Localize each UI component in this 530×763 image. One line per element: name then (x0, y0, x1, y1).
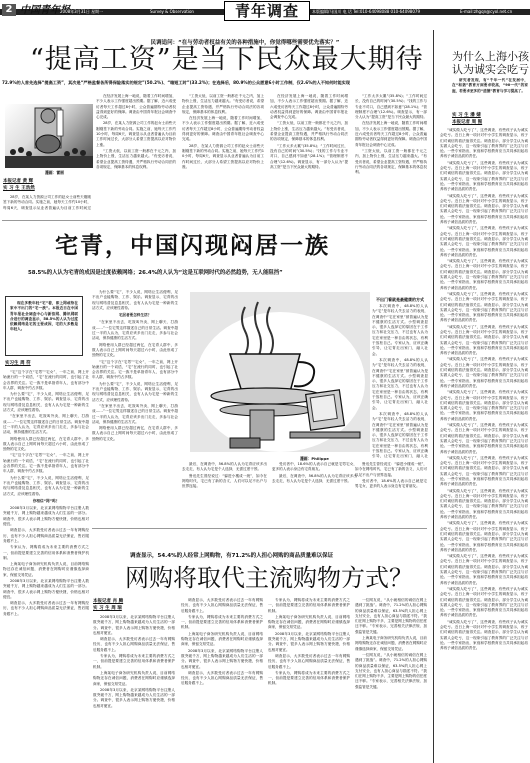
article1-illustration (5, 104, 93, 168)
sidebar-body: “诚实做人吃亏了”，这些调查、有些孩子认为诚实会吃亏。近日上海一项针对中小学生的… (440, 128, 528, 760)
article2-column-1: “宅”这个字在“宅男”“宅女”，一年之前，网上开始流行的一个词语，“宅”在流行的… (3, 370, 89, 760)
article1-column-1: 28岁，在某人力资源公司工作的赵女士前些天刚刚签下新的劳动合同。实施之前，她每天… (3, 195, 91, 210)
article2-byline: 实习生 周 符 (5, 360, 31, 367)
byline-reporter: 本报记者 黄 辉 (3, 178, 93, 185)
article3-kicker: 调查显示，54.4%的人经常上网购物，有71.2%的人担心网购的商品质量难以保证 (130, 551, 333, 559)
article1-column-4: 在经济发展上海一地说，随着工作时间增加，不少人表示工作强度超出预期。据了解，近六… (270, 94, 348, 212)
article2-deck: 58.5%的人认为宅青的成因是过度依赖网络；26.4%的人认为“这是互联网时代的… (28, 268, 283, 276)
sidebar-headline: 为什么上海小孩认为诚实会吃亏 (452, 50, 530, 76)
article1-column-2: 在经济发展上海一地说，随着工作时间增加，不少人表示工作强度超出预期。据了解，近六… (96, 94, 176, 212)
article2-subhead: 宅居者要怎样生活？ (92, 313, 178, 318)
section-divider (2, 220, 427, 221)
editor-info: 本版编辑/马国川 电 话 Tel:010-64098088 010-640980… (312, 9, 420, 15)
editor-note-box: 现在多数年轻“宅”着，即上网或待在家中不出门的“宅一族”。本报近日在中国青年报社… (5, 296, 83, 356)
article2-headline: 宅青，中国闪现闷居一族 (55, 232, 330, 260)
sidebar-divider (433, 30, 434, 763)
article2-right-column: 本次调查中，48.8%的人认为“宅”是年轻人失去活力的表现，在调查中“宅在家里”… (372, 304, 428, 459)
article3-column-1: 2008年3月以来，北京某网络购物平台注册人数突破千万，网上购物越来越成为人们生… (93, 615, 175, 760)
article2-column-2: 为什么要“宅”，不少人说，网络让生活便利，足不出户也能购物、工作、娱乐。调查显示… (92, 290, 178, 525)
article2-illustration (190, 292, 370, 452)
article2-right-subhead: 不出门看就是最健康的方式 (372, 297, 428, 303)
article3-headline: 网购将取代主流购物方式？ (125, 563, 413, 593)
article3-byline-1: 本报记者 肖 腾 (93, 598, 173, 605)
article1-headline: “提高工资”是当下民众最大期待 (30, 44, 424, 76)
article3-bylines: 本报记者 肖 腾 实 习 生 周 瑞 (93, 598, 173, 612)
page-number: 2 (2, 4, 16, 16)
sidebar-bylines: 实 习 生 潘 婧 本报记者 周 围 (452, 112, 528, 126)
article3-column-2: 调查显示，大多数受访者表示过去一年有网购经历，也有不少人担心网购商品质量无法保证… (181, 598, 263, 760)
article2-bottom-col-3: 鲁迅先生曾经说过：“躲进小楼成一统”，如今在网络时代，宅已有了新的含义，人们可以… (355, 462, 427, 522)
article1-column-5: “工作太多太累”(35.8%)；“工作时间过长，没有自己的时间”(30.5%)；… (355, 94, 427, 212)
article3-column-4: 一位网友说，“从小就相信的诚信在网上遇到了挑战”。调查中，71.2%的人担心网购… (355, 598, 427, 760)
byline-intern: 实 习 生 王浩然 (3, 185, 93, 192)
article1-photo-caption: 漫画：雷丽 (45, 170, 64, 176)
sidebar-intro: 研究者发现，有“千年一代”在发展中，在“和谐”教育方面要求较高，“90一代”的家… (452, 78, 528, 108)
contact-email: E-mail:zhgqn@cyol.net.cn (460, 9, 512, 15)
coffee-cup-computer-icon (190, 292, 370, 452)
article3-column-3: 专家认为，网购将成为未来主要的消费方式之一，但前提是要建立完善的信用体系和消费者… (268, 598, 350, 760)
section-english: Survey & Observation (150, 9, 194, 15)
article1-deck: 72.9%的人首先选择“提高工资”，其次是“严格监督各所得保险落实的规定”(50… (2, 80, 427, 86)
sidebar-byline-1: 实 习 生 潘 婧 (452, 112, 528, 119)
section-title: 青年调查 (224, 1, 310, 21)
article3-byline-2: 实 习 生 周 瑞 (93, 605, 173, 612)
article2-bottom-col-2: 受访者中，18.6%的人表示自己就是宅男宅女，更多的人表示身边有宅青朋友。最后，… (272, 462, 357, 522)
article2-subhead-left: 你相信“网”吗？ (3, 499, 89, 504)
page-header: 2 中国青年报 2008年3月31日 星期一 Survey & Observat… (0, 0, 530, 16)
issue-date: 2008年3月31日 星期一 (60, 9, 103, 15)
sidebar-byline-2: 本报记者 周 围 (452, 119, 528, 126)
article2-bottom-col-1: 最后，在调查中，56.8%的人认为宅青应该多出去走走，有人认为宅是个人选择，无需… (182, 462, 267, 522)
section-divider-2 (92, 528, 427, 529)
article1-bylines: 本报记者 黄 辉 实 习 生 王浩然 (3, 178, 93, 192)
protest-crowd-icon (5, 104, 93, 168)
article1-column-3: “工资太低，以前工资一般都在千元之内，加上物价上涨，生活压力越来越大。”有受访者… (182, 94, 264, 212)
